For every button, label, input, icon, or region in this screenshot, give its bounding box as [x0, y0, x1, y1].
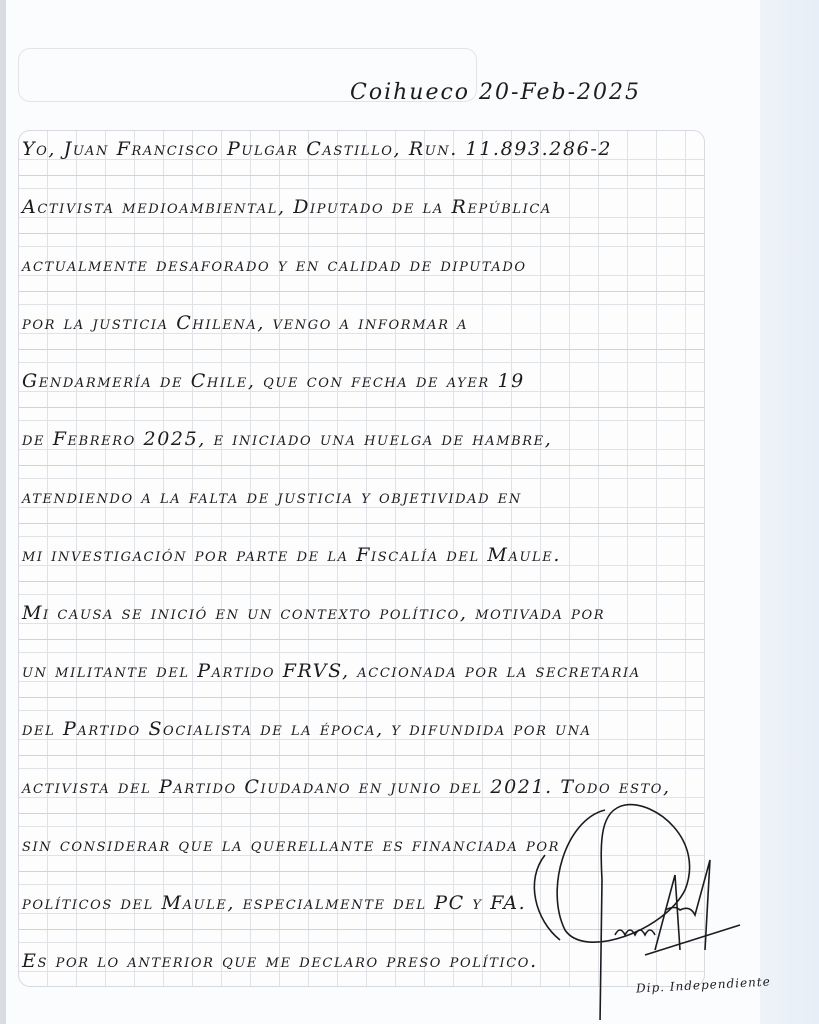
- letter-line-9: Mi causa se inició en un contexto políti…: [22, 602, 605, 624]
- letter-line-15: Es por lo anterior que me declaro preso …: [22, 950, 538, 972]
- letter-line-2: Activista medioambiental, Diputado de la…: [22, 196, 552, 218]
- letter-line-4: por la justicia Chilena, vengo a informa…: [22, 312, 468, 334]
- scan-margin: [760, 0, 819, 1024]
- letter-line-11: del Partido Socialista de la época, y di…: [22, 718, 592, 740]
- letter-line-8: mi investigación por parte de la Fiscalí…: [22, 544, 561, 566]
- letter-line-13: sin considerar que la querellante es fin…: [22, 834, 560, 856]
- letter-line-10: un militante del Partido FRVS, accionada…: [22, 660, 641, 682]
- letter-line-14: políticos del Maule, especialmente del P…: [22, 892, 526, 914]
- letter-line-1: Yo, Juan Francisco Pulgar Castillo, Run.…: [22, 138, 612, 160]
- place-and-date: Coihueco 20-Feb-2025: [350, 80, 641, 105]
- letter-line-7: atendiendo a la falta de justicia y obje…: [22, 486, 522, 508]
- letter-line-6: de Febrero 2025, e iniciado una huelga d…: [22, 428, 552, 450]
- letter-line-5: Gendarmería de Chile, que con fecha de a…: [22, 370, 525, 392]
- letter-line-3: actualmente desaforado y en calidad de d…: [22, 254, 527, 276]
- letter-line-12: activista del Partido Ciudadano en junio…: [22, 776, 671, 798]
